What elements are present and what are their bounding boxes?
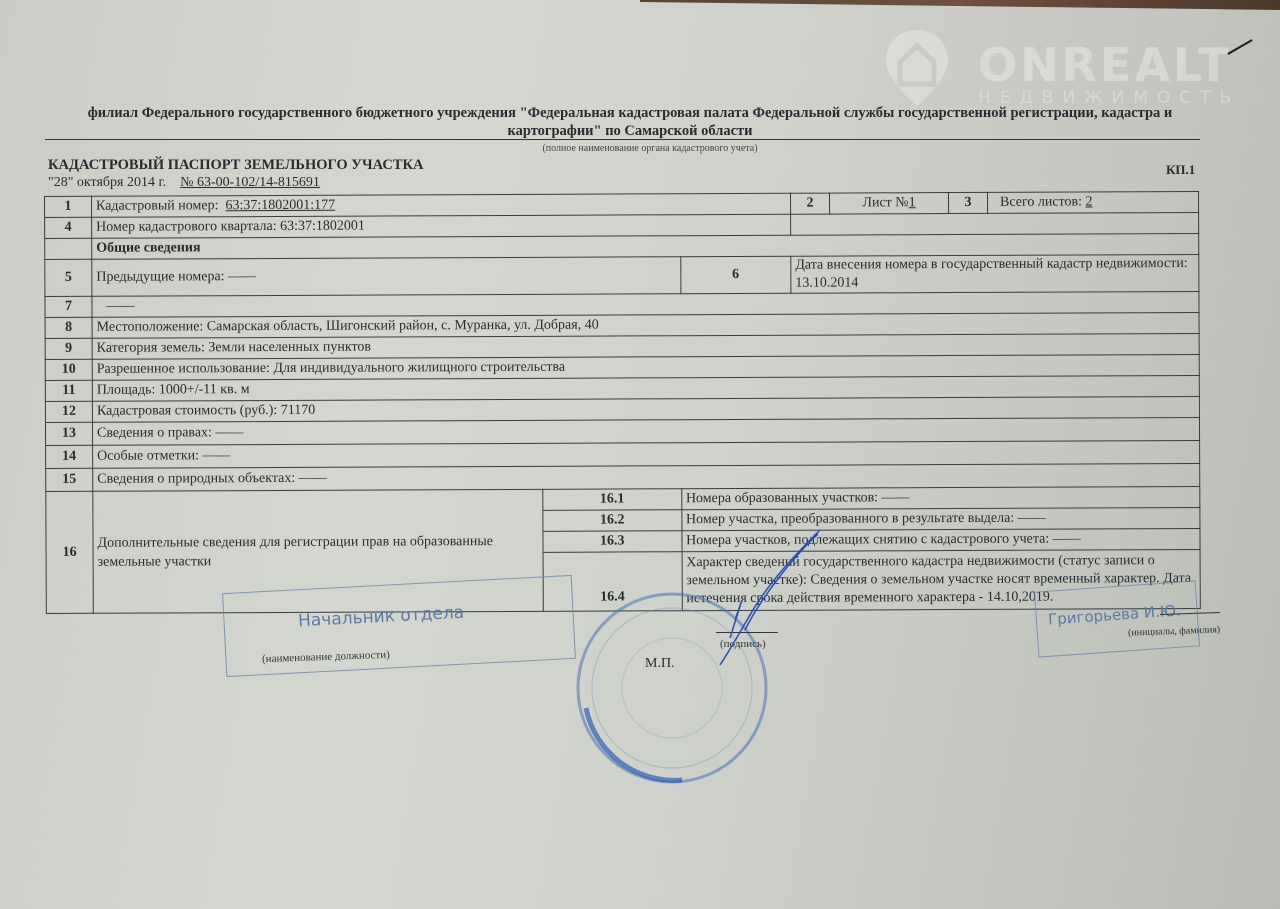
row-number: 14 <box>46 445 93 468</box>
row-number <box>45 238 92 259</box>
row-number: 11 <box>45 380 92 401</box>
sub-row-number: 16.3 <box>543 531 682 553</box>
form-code: КП.1 <box>1166 162 1195 178</box>
row-number: 4 <box>45 217 92 238</box>
organization-underline <box>45 139 1200 140</box>
formed-plots: Номера образованных участков: —— <box>681 486 1199 509</box>
total-sheets-label: Всего листов: <box>1000 194 1082 209</box>
sub-row-number: 16.1 <box>543 489 682 511</box>
document-number: № 63-00-102/14-815691 <box>180 175 320 190</box>
passport-table: 1 Кадастровый номер: 63:37:1802001:177 2… <box>44 191 1201 614</box>
row-number: 5 <box>45 259 92 296</box>
house-pin-icon <box>882 28 952 108</box>
row-number: 16 <box>46 491 94 613</box>
quarter-number: Номер кадастрового квартала: 63:37:18020… <box>92 214 791 238</box>
sheet-number-cell: Лист №1 <box>829 193 948 215</box>
document-date: "28" октября 2014 г. <box>48 175 166 190</box>
row-number: 9 <box>45 338 92 359</box>
cadastral-number-label: Кадастровый номер: <box>96 198 218 214</box>
row-number: 2 <box>790 193 829 214</box>
sheet-value: 1 <box>909 195 916 210</box>
empty-cell <box>791 212 1199 235</box>
row-number: 8 <box>45 317 92 338</box>
sheet-label: Лист № <box>862 195 908 210</box>
name-caption: (инициалы, фамилия) <box>1128 624 1221 638</box>
handwritten-signature-icon <box>690 520 830 670</box>
sub-row-number: 16.2 <box>543 510 682 532</box>
document-title: КАДАСТРОВЫЙ ПАСПОРТ ЗЕМЕЛЬНОГО УЧАСТКА <box>48 157 423 174</box>
table-row: 5 Предыдущие номера: —— 6 Дата внесения … <box>45 254 1199 296</box>
row-number: 1 <box>45 196 92 217</box>
row-number: 15 <box>46 468 93 491</box>
previous-numbers: Предыдущие номера: —— <box>92 257 681 297</box>
row-number: 13 <box>45 422 92 445</box>
total-sheets-cell: Всего листов: 2 <box>987 191 1198 213</box>
row-number: 10 <box>45 359 92 380</box>
total-sheets-value: 2 <box>1085 194 1092 209</box>
row-number: 3 <box>948 192 987 213</box>
seal-place-label: М.П. <box>645 656 675 672</box>
row-number: 7 <box>45 296 92 317</box>
document-date-line: "28" октября 2014 г.№ 63-00-102/14-81569… <box>48 175 320 191</box>
watermark-brand: ONREALT <box>978 38 1232 92</box>
cadastral-number-value: 63:37:1802001:177 <box>225 198 335 213</box>
wood-table-edge <box>640 0 1280 10</box>
row-number: 12 <box>45 401 92 422</box>
organization-name: филиал Федерального государственного бюд… <box>60 104 1200 140</box>
organization-caption: (полное наименование органа кадастрового… <box>0 143 1280 154</box>
date-entered: Дата внесения номера в государственный к… <box>791 254 1199 293</box>
row-number: 6 <box>680 256 791 293</box>
cadastral-number-cell: Кадастровый номер: 63:37:1802001:177 <box>92 193 791 217</box>
